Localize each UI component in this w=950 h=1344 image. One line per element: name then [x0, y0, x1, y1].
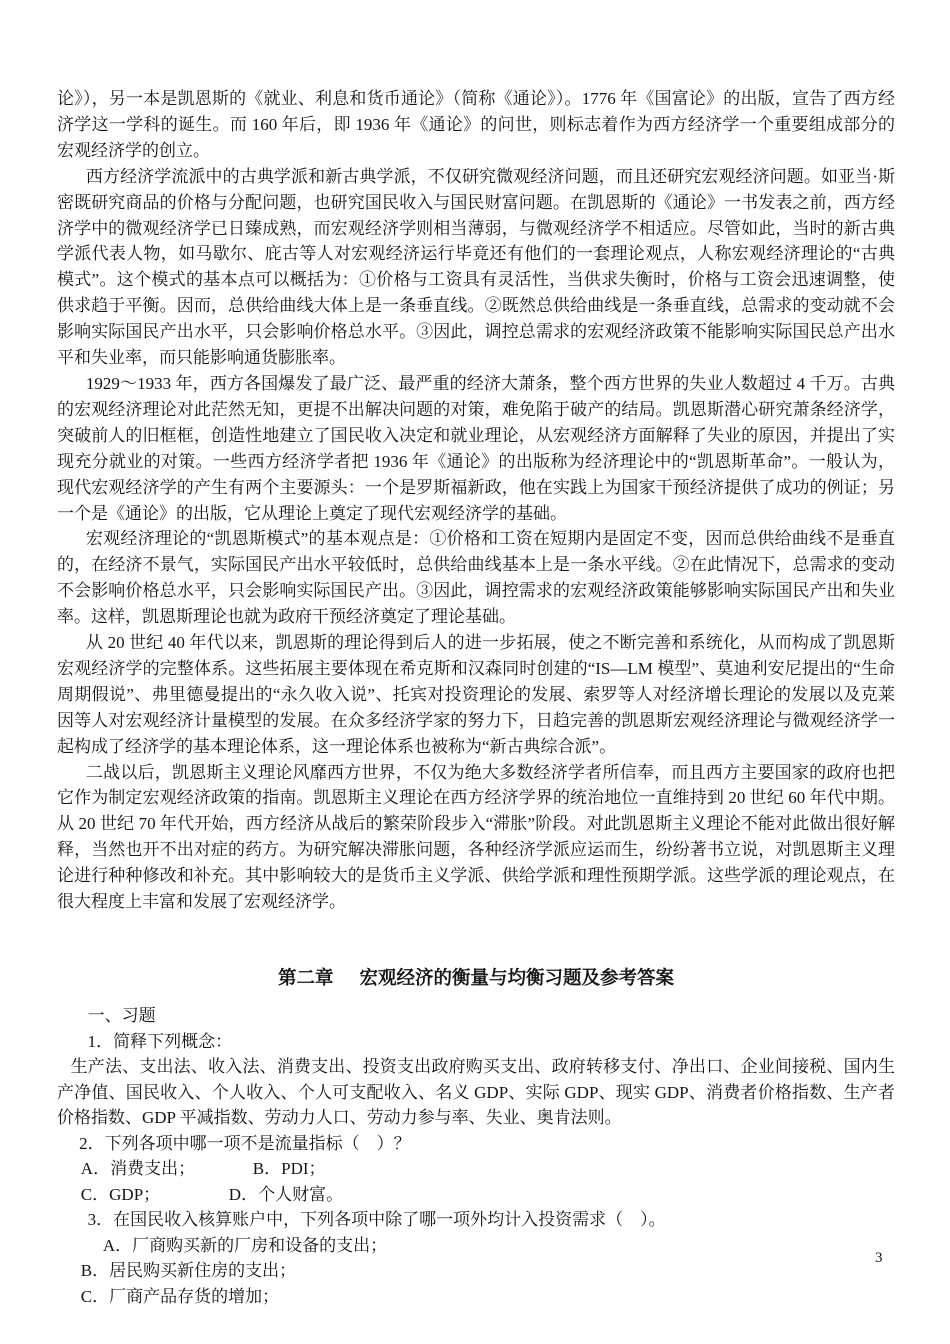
intro-paragraph-1: 论》），另一本是凯恩斯的《就业、利息和货币通论》（简称《通论》）。1776 年《…: [57, 86, 895, 164]
intro-paragraph-6: 二战以后，凯恩斯主义理论风靡西方世界，不仅为绝大多数经济学者所信奉，而且西方主要…: [57, 760, 895, 915]
page-number: 3: [875, 1248, 883, 1268]
question-2-options-row-1: A．消费支出；B．PDI；: [57, 1156, 895, 1182]
chapter-heading: 第二章宏观经济的衡量与均衡习题及参考答案: [57, 965, 895, 991]
exercises-section-title: 一、习题: [57, 1003, 895, 1029]
question-2-text: 2．下列各项中哪一项不是流量指标（ ）？: [57, 1131, 895, 1157]
question-2-option-a: A．消费支出；: [81, 1156, 253, 1182]
page-content: 论》），另一本是凯恩斯的《就业、利息和货币通论》（简称《通论》）。1776 年《…: [57, 86, 895, 1309]
chapter-title: 宏观经济的衡量与均衡习题及参考答案: [359, 967, 674, 988]
question-3-option-b: B．居民购买新住房的支出；: [57, 1258, 895, 1284]
question-2-option-d: D．个人财富。: [229, 1185, 343, 1204]
intro-paragraph-3: 1929～1933 年，西方各国爆发了最广泛、最严重的经济大萧条，整个西方世界的…: [57, 371, 895, 526]
document-page: 论》），另一本是凯恩斯的《就业、利息和货币通论》（简称《通论》）。1776 年《…: [0, 0, 950, 1344]
question-3-option-a: A．厂商购买新的厂房和设备的支出；: [57, 1233, 895, 1259]
question-2-options-row-2: C．GDP；D．个人财富。: [57, 1182, 895, 1208]
intro-paragraph-2: 西方经济学流派中的古典学派和新古典学派，不仅研究微观经济问题，而且还研究宏观经济…: [57, 164, 895, 371]
intro-paragraph-4: 宏观经济理论的“凯恩斯模式”的基本观点是：①价格和工资在短期内是固定不变，因而总…: [57, 526, 895, 630]
question-3-text: 3．在国民收入核算账户中，下列各项中除了哪一项外均计入投资需求（ ）。: [57, 1207, 895, 1233]
question-1-concept-list: 生产法、支出法、收入法、消费支出、投资支出政府购买支出、政府转移支付、净出口、企…: [57, 1054, 895, 1131]
chapter-label: 第二章: [278, 967, 334, 988]
question-2-option-c: C．GDP；: [81, 1182, 229, 1208]
question-3-option-c: C．厂商产品存货的增加；: [57, 1284, 895, 1310]
intro-paragraph-5: 从 20 世纪 40 年代以来，凯恩斯的理论得到后人的进一步拓展，使之不断完善和…: [57, 630, 895, 760]
question-1-label: 1．简释下列概念：: [57, 1029, 895, 1055]
question-2-option-b: B．PDI；: [253, 1159, 326, 1178]
